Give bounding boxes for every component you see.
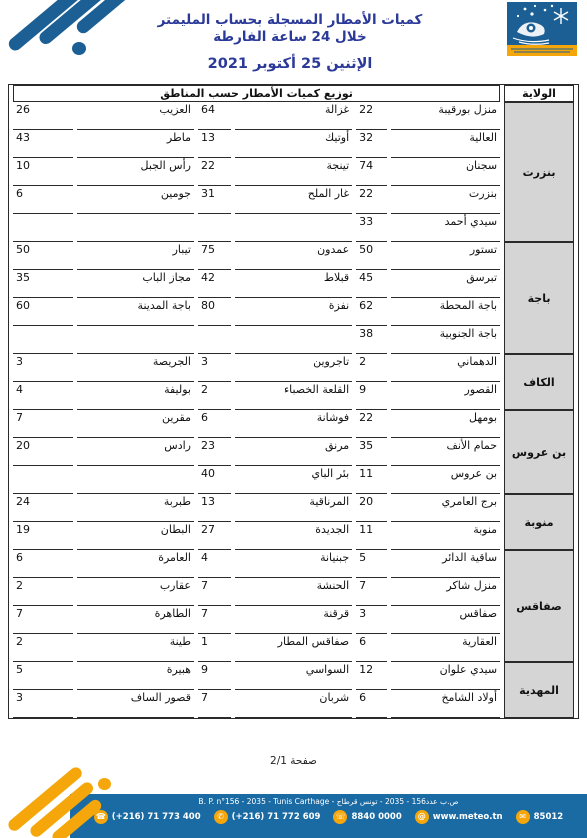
contact-label: 8840 0000 xyxy=(351,812,401,822)
rain-value: 4 xyxy=(198,550,231,578)
station-name: بنزرت xyxy=(391,186,500,214)
rain-value: 60 xyxy=(13,298,73,326)
rain-value: 3 xyxy=(13,690,73,718)
station-name: طينة xyxy=(77,634,194,662)
rain-value: 3 xyxy=(13,354,73,382)
rain-value: 2 xyxy=(356,354,387,382)
footer-contact-item: ☏8840 0000 xyxy=(333,810,401,824)
station-name: منوبة xyxy=(391,522,500,550)
table-row: بن عروسبومهل22فوشانة6مقرين7 xyxy=(13,410,574,438)
rain-value: 6 xyxy=(198,410,231,438)
rain-table-body: بنزرتمنزل بورقيبة22غزالة64العزيب26العالي… xyxy=(13,102,574,718)
station-name: بوليفة xyxy=(77,382,194,410)
governorate-cell: صفاقس xyxy=(504,550,574,662)
station-name: بومهل xyxy=(391,410,500,438)
callcenter-icon: ☏ xyxy=(333,810,347,824)
sms-icon: ✉ xyxy=(516,810,530,824)
station-name: غار الملح xyxy=(235,186,352,214)
station-name: باجة الجنوبية xyxy=(391,326,500,354)
rain-value: 50 xyxy=(356,242,387,270)
rain-value: 1 xyxy=(198,634,231,662)
station-name xyxy=(235,326,352,354)
station-name: ماطر xyxy=(77,130,194,158)
rain-value: 33 xyxy=(356,214,387,242)
rain-value: 19 xyxy=(13,522,73,550)
rain-value: 6 xyxy=(13,186,73,214)
document-subtitle: خلال 24 ساعة الفارطة xyxy=(140,29,440,46)
rain-value: 22 xyxy=(356,186,387,214)
rain-value: 7 xyxy=(13,606,73,634)
station-name: فوشانة xyxy=(235,410,352,438)
station-name: منزل شاكر xyxy=(391,578,500,606)
station-name: رأس الجبل xyxy=(77,158,194,186)
station-name: عمدون xyxy=(235,242,352,270)
station-name: القصور xyxy=(391,382,500,410)
letterhead-stripes-icon xyxy=(0,0,150,75)
station-name xyxy=(77,326,194,354)
station-name: العالية xyxy=(391,130,500,158)
page-number: صفحة 2/1 xyxy=(0,755,587,767)
rain-value: 7 xyxy=(198,690,231,718)
table-row: منوبةبرج العامري20المرناقية13طبربة24 xyxy=(13,494,574,522)
station-name: حمام الأنف xyxy=(391,438,500,466)
governorate-cell: منوبة xyxy=(504,494,574,550)
rain-value: 2 xyxy=(198,382,231,410)
rain-value xyxy=(198,326,231,354)
logo-text-band xyxy=(507,45,577,56)
footer-contacts: ☎(+216) 71 773 400✆(+216) 71 772 609☏884… xyxy=(70,810,587,824)
rain-value: 4 xyxy=(13,382,73,410)
rain-value xyxy=(13,214,73,242)
rain-value: 2 xyxy=(13,634,73,662)
station-name xyxy=(77,214,194,242)
table-row: بنزرتمنزل بورقيبة22غزالة64العزيب26 xyxy=(13,102,574,130)
station-name: أوتيك xyxy=(235,130,352,158)
station-name: الجديدة xyxy=(235,522,352,550)
station-name: بن عروس xyxy=(391,466,500,494)
station-name: بئر الباي xyxy=(235,466,352,494)
governorate-cell: الكاف xyxy=(504,354,574,410)
station-name: سيدي أحمد xyxy=(391,214,500,242)
rain-value: 62 xyxy=(356,298,387,326)
document-page: كميات الأمطار المسجلة بحساب المليمتر خلا… xyxy=(0,0,587,838)
table-row: الكافالدهماني2تاجروين3الجريصة3 xyxy=(13,354,574,382)
table-row: منوبة11الجديدة27البطان19 xyxy=(13,522,574,550)
rain-value: 38 xyxy=(356,326,387,354)
station-name: العقارية xyxy=(391,634,500,662)
rain-value: 45 xyxy=(356,270,387,298)
rain-value: 50 xyxy=(13,242,73,270)
station-name: قرقنة xyxy=(235,606,352,634)
station-name: شربان xyxy=(235,690,352,718)
footer-contact-item: @www.meteo.tn xyxy=(415,810,503,824)
rain-value: 42 xyxy=(198,270,231,298)
station-name: طبربة xyxy=(77,494,194,522)
footer-contact-item: ✆(+216) 71 772 609 xyxy=(214,810,321,824)
station-name: رادس xyxy=(77,438,194,466)
rain-value: 22 xyxy=(198,158,231,186)
rain-value: 64 xyxy=(198,102,231,130)
table-main-header: توزيع كميات الأمطار حسب المناطق xyxy=(13,85,500,102)
station-name: غزالة xyxy=(235,102,352,130)
rain-value: 6 xyxy=(13,550,73,578)
footer-contact-item: ✉85012 xyxy=(516,810,564,824)
contact-label: (+216) 71 773 400 xyxy=(112,812,201,822)
table-row: باجة الجنوبية38 xyxy=(13,326,574,354)
station-name xyxy=(77,466,194,494)
rain-value: 26 xyxy=(13,102,73,130)
rain-value: 22 xyxy=(356,410,387,438)
rain-table: الولاية توزيع كميات الأمطار حسب المناطق … xyxy=(9,85,578,718)
table-row: تبرسق45قبلاط42مجاز الباب35 xyxy=(13,270,574,298)
table-row: بن عروس11بئر الباي40 xyxy=(13,466,574,494)
rain-value: 75 xyxy=(198,242,231,270)
contact-label: (+216) 71 772 609 xyxy=(232,812,321,822)
station-name: تيبار xyxy=(77,242,194,270)
rain-value: 2 xyxy=(13,578,73,606)
rain-value: 5 xyxy=(13,662,73,690)
rain-value: 27 xyxy=(198,522,231,550)
station-name: مجاز الباب xyxy=(77,270,194,298)
table-row: باجة المحطة62نفزة80باجة المدينة60 xyxy=(13,298,574,326)
station-name: العامرة xyxy=(77,550,194,578)
table-row: المهديةسيدي علوان12السواسي9هبيرة5 xyxy=(13,662,574,690)
station-name: عقارب xyxy=(77,578,194,606)
station-name: سيدي علوان xyxy=(391,662,500,690)
table-row: العقارية6صفاقس المطار1طينة2 xyxy=(13,634,574,662)
document-title: كميات الأمطار المسجلة بحساب المليمتر xyxy=(140,12,440,29)
rain-value: 12 xyxy=(356,662,387,690)
station-name: الحنشة xyxy=(235,578,352,606)
station-name: تبرسق xyxy=(391,270,500,298)
rain-value: 20 xyxy=(356,494,387,522)
rain-value: 9 xyxy=(198,662,231,690)
stripe-dot xyxy=(98,778,111,790)
table-header-row: الولاية توزيع كميات الأمطار حسب المناطق xyxy=(13,85,574,102)
rain-value: 35 xyxy=(356,438,387,466)
table-row: منزل شاكر7الحنشة7عقارب2 xyxy=(13,578,574,606)
report-date: الإثنين 25 أكتوبر 2021 xyxy=(140,56,440,72)
station-name: جومين xyxy=(77,186,194,214)
table-row: باجةتستور50عمدون75تيبار50 xyxy=(13,242,574,270)
station-name: برج العامري xyxy=(391,494,500,522)
rain-value xyxy=(13,326,73,354)
footer-address: B. P. n°156 - 2035 - Tunis Carthage - ص.… xyxy=(70,797,587,806)
rain-value: 11 xyxy=(356,466,387,494)
inm-logo-graphic xyxy=(505,2,579,58)
station-name: سجنان xyxy=(391,158,500,186)
station-name: أولاد الشامخ xyxy=(391,690,500,718)
rain-value: 7 xyxy=(13,410,73,438)
station-name: الطاهرة xyxy=(77,606,194,634)
table-row: أولاد الشامخ6شربان7قصور الساف3 xyxy=(13,690,574,718)
table-row: صفاقسساقية الدائر5جبنيانة4العامرة6 xyxy=(13,550,574,578)
station-name: هبيرة xyxy=(77,662,194,690)
rain-value: 6 xyxy=(356,634,387,662)
station-name: منزل بورقيبة xyxy=(391,102,500,130)
station-name: الجريصة xyxy=(77,354,194,382)
rain-value: 20 xyxy=(13,438,73,466)
station-name: العزيب xyxy=(77,102,194,130)
rain-value: 10 xyxy=(13,158,73,186)
governorate-cell: بن عروس xyxy=(504,410,574,494)
column-header-governorate: الولاية xyxy=(504,85,574,102)
table-row: بنزرت22غار الملح31جومين6 xyxy=(13,186,574,214)
footer-band: B. P. n°156 - 2035 - Tunis Carthage - ص.… xyxy=(70,794,587,838)
station-name: تستور xyxy=(391,242,500,270)
rain-value: 3 xyxy=(356,606,387,634)
governorate-cell: بنزرت xyxy=(504,102,574,242)
table-row: القصور9القلعة الخصباء2بوليفة4 xyxy=(13,382,574,410)
rain-value: 24 xyxy=(13,494,73,522)
rain-value: 7 xyxy=(198,578,231,606)
table-row: حمام الأنف35مرنق23رادس20 xyxy=(13,438,574,466)
rain-value: 31 xyxy=(198,186,231,214)
station-name: ساقية الدائر xyxy=(391,550,500,578)
globe-icon: @ xyxy=(415,810,429,824)
station-name: نفزة xyxy=(235,298,352,326)
inm-logo xyxy=(505,2,579,58)
rain-value: 32 xyxy=(356,130,387,158)
rain-value xyxy=(198,214,231,242)
station-name: السواسي xyxy=(235,662,352,690)
rain-table-container: الولاية توزيع كميات الأمطار حسب المناطق … xyxy=(8,84,579,719)
table-row: العالية32أوتيك13ماطر43 xyxy=(13,130,574,158)
footer-stripes-icon xyxy=(6,780,121,838)
rain-value: 13 xyxy=(198,130,231,158)
station-name: صفاقس المطار xyxy=(235,634,352,662)
table-row: سيدي أحمد33 xyxy=(13,214,574,242)
stripe-dot xyxy=(72,42,86,55)
station-name: مرنق xyxy=(235,438,352,466)
governorate-cell: باجة xyxy=(504,242,574,354)
station-name: باجة المحطة xyxy=(391,298,500,326)
rain-value: 6 xyxy=(356,690,387,718)
station-name: مقرين xyxy=(77,410,194,438)
report-header: كميات الأمطار المسجلة بحساب المليمتر خلا… xyxy=(140,12,440,46)
station-name: القلعة الخصباء xyxy=(235,382,352,410)
rain-value: 40 xyxy=(198,466,231,494)
rain-value: 13 xyxy=(198,494,231,522)
station-name: قصور الساف xyxy=(77,690,194,718)
station-name: تاجروين xyxy=(235,354,352,382)
rain-value: 9 xyxy=(356,382,387,410)
rain-value: 22 xyxy=(356,102,387,130)
station-name: البطان xyxy=(77,522,194,550)
station-name: تينجة xyxy=(235,158,352,186)
rain-value: 35 xyxy=(13,270,73,298)
contact-label: 85012 xyxy=(534,812,564,822)
governorate-cell: المهدية xyxy=(504,662,574,718)
contact-label: www.meteo.tn xyxy=(433,812,503,822)
rain-value: 11 xyxy=(356,522,387,550)
station-name: المرناقية xyxy=(235,494,352,522)
station-name: باجة المدينة xyxy=(77,298,194,326)
table-row: صفاقس3قرقنة7الطاهرة7 xyxy=(13,606,574,634)
rain-value: 23 xyxy=(198,438,231,466)
station-name xyxy=(235,214,352,242)
rain-value: 7 xyxy=(356,578,387,606)
station-name: صفاقس xyxy=(391,606,500,634)
station-name: جبنيانة xyxy=(235,550,352,578)
rain-value: 80 xyxy=(198,298,231,326)
fax-icon: ✆ xyxy=(214,810,228,824)
rain-value xyxy=(13,466,73,494)
rain-value: 74 xyxy=(356,158,387,186)
rain-value: 5 xyxy=(356,550,387,578)
rain-value: 43 xyxy=(13,130,73,158)
station-name: قبلاط xyxy=(235,270,352,298)
rain-value: 3 xyxy=(198,354,231,382)
table-row: سجنان74تينجة22رأس الجبل10 xyxy=(13,158,574,186)
rain-value: 7 xyxy=(198,606,231,634)
station-name: الدهماني xyxy=(391,354,500,382)
